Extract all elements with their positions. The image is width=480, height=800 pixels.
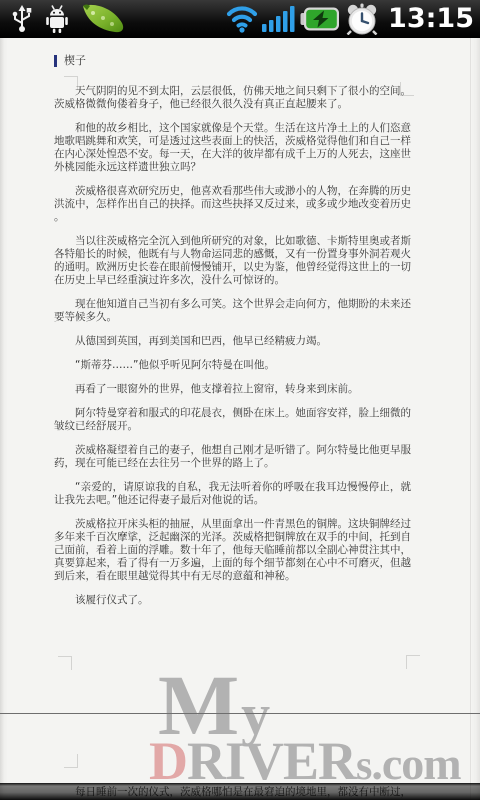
status-bar-left-icons	[0, 2, 126, 36]
pea-pod-icon	[80, 2, 126, 36]
android-debug-icon	[42, 4, 72, 34]
paragraph: 该履行仪式了。	[54, 594, 411, 607]
page-corner-mark-bottom-right	[406, 655, 420, 669]
battery-charging-icon	[300, 6, 340, 32]
paragraph: 茨威格拉开床头柜的抽屉，从里面拿出一件青黑色的铜牌。这块铜牌经过多年来千百次摩挲…	[54, 518, 411, 583]
paragraph: “斯蒂芬……”他似乎听见阿尔特曼在叫他。	[54, 359, 411, 372]
wifi-icon	[226, 5, 258, 33]
chapter-title-accent-bar	[54, 55, 57, 67]
paragraph: 茨威格凝望着自己的妻子，他想自己刚才是听错了。阿尔特曼比他更早服药，现在可能已经…	[54, 444, 411, 470]
bottom-shadow-overlay	[0, 783, 480, 800]
status-bar-clock: 13:15	[384, 0, 474, 38]
paragraph: 再看了一眼窗外的世界，他支撑着拉上窗帘，转身来到床前。	[54, 383, 411, 396]
paragraph: 阿尔特曼穿着和服式的印花晨衣，侧卧在床上。她面容安祥，脸上细微的皱纹已经舒展开。	[54, 407, 411, 433]
usb-icon	[10, 4, 34, 34]
signal-strength-icon	[262, 5, 296, 33]
page-divider-line	[0, 713, 480, 714]
page-left-edge	[0, 38, 8, 800]
paragraph: 茨威格很喜欢研究历史，他喜欢看那些伟大或渺小的人物，在奔腾的历史洪流中，怎样作出…	[54, 185, 411, 224]
next-page-corner-mark	[64, 754, 78, 768]
paragraph: “亲爱的，请原谅我的自私，我无法听着你的呼吸在我耳边慢慢停止，就让我先去吧。”他…	[54, 481, 411, 507]
status-bar: 13:15	[0, 0, 480, 38]
chapter-title: 楔子	[54, 54, 411, 68]
page-right-edge	[470, 38, 480, 800]
paragraph: 和他的故乡相比，这个国家就像是个天堂。生活在这片净土上的人们恣意地歌唱跳舞和欢笑…	[54, 122, 411, 174]
book-text-area: 楔子 天气阴阴的见不到太阳，云层很低，仿佛天地之间只剩下了很小的空间。茨威格微微…	[54, 54, 411, 618]
paragraph: 现在他知道自己当初有多么可笑。这个世界会走向何方，他期盼的未来还要等候多久。	[54, 298, 411, 324]
alarm-clock-icon	[344, 3, 380, 35]
paragraph: 从德国到英国，再到美国和巴西，他早已经精疲力竭。	[54, 335, 411, 348]
page-corner-mark-bottom-left	[58, 656, 72, 670]
paragraph: 当以往茨威格完全沉入到他所研究的对象，比如歌德、卡斯特里奥或者斯各特船长的时候，…	[54, 235, 411, 287]
chapter-title-text: 楔子	[64, 54, 86, 68]
paragraph: 天气阴阴的见不到太阳，云层很低，仿佛天地之间只剩下了很小的空间。茨威格微微佝偻着…	[54, 85, 411, 111]
phone-screen: 13:15 My DRIVERs.com 楔子 天气阴阴的见不到太阳，云层很低，…	[0, 0, 480, 800]
status-bar-right-icons: 13:15	[226, 0, 480, 38]
